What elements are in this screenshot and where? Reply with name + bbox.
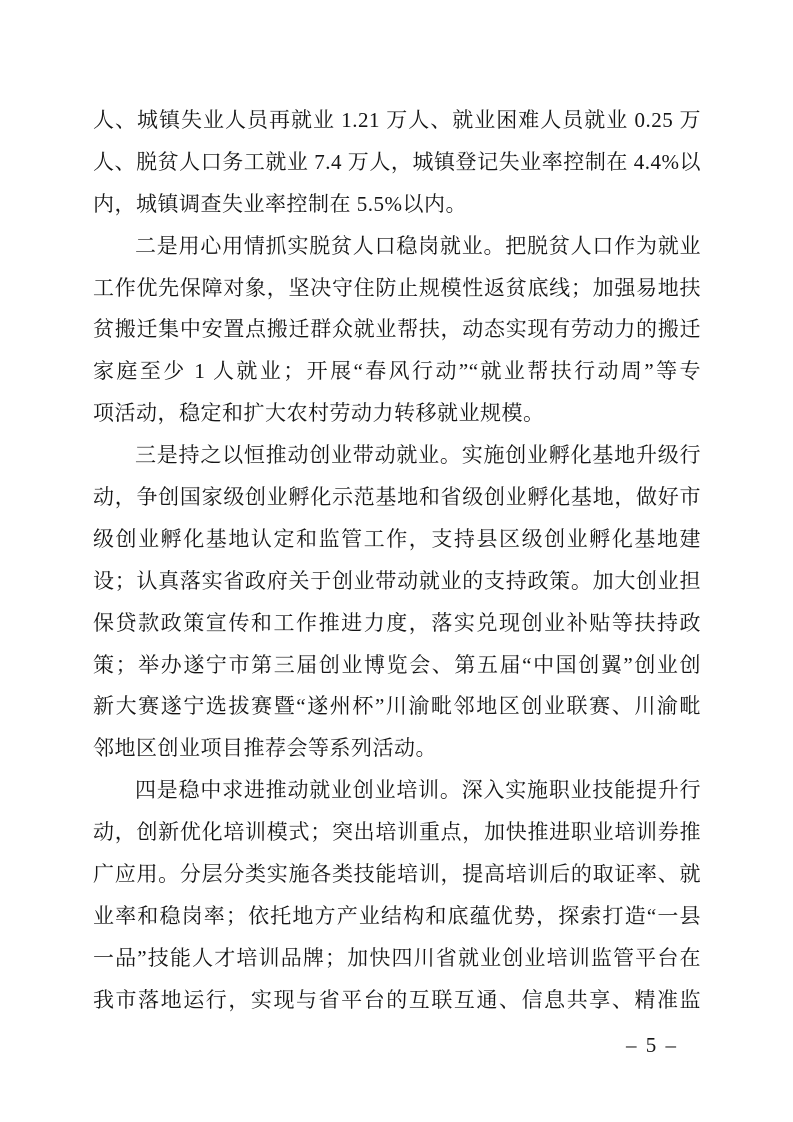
text-line: 保贷款政策宣传和工作推进力度，落实兑现创业补贴等扶持政: [93, 603, 701, 645]
text-line: 我市落地运行，实现与省平台的互联互通、信息共享、精准监: [93, 980, 701, 1022]
text-line: 家庭至少 1 人就业；开展“春风行动”“就业帮扶行动周”等专: [93, 351, 701, 393]
text-line: 广应用。分层分类实施各类技能培训，提高培训后的取证率、就: [93, 854, 701, 896]
text-line: 邻地区创业项目推荐会等系列活动。: [93, 728, 701, 770]
text-line: 动，争创国家级创业孵化示范基地和省级创业孵化基地，做好市: [93, 477, 701, 519]
text-line: 级创业孵化基地认定和监管工作，支持县区级创业孵化基地建: [93, 519, 701, 561]
document-page: 人、城镇失业人员再就业 1.21 万人、就业困难人员就业 0.25 万 人、脱贫…: [0, 0, 793, 1122]
text-line: 内，城镇调查失业率控制在 5.5%以内。: [93, 184, 701, 226]
text-line: 业率和稳岗率；依托地方产业结构和底蕴优势，探索打造“一县: [93, 896, 701, 938]
text-line paragraph-start: 四是稳中求进推动就业创业培训。深入实施职业技能提升行: [93, 770, 701, 812]
text-line: 工作优先保障对象，坚决守住防止规模性返贫底线；加强易地扶: [93, 268, 701, 310]
text-line: 一品”技能人才培训品牌；加快四川省就业创业培训监管平台在: [93, 938, 701, 980]
text-line: 人、脱贫人口务工就业 7.4 万人，城镇登记失业率控制在 4.4%以: [93, 142, 701, 184]
text-line paragraph-start: 三是持之以恒推动创业带动就业。实施创业孵化基地升级行: [93, 435, 701, 477]
text-line: 动，创新优化培训模式；突出培训重点，加快推进职业培训券推: [93, 812, 701, 854]
text-line: 新大赛遂宁选拔赛暨“遂州杯”川渝毗邻地区创业联赛、川渝毗: [93, 686, 701, 728]
text-line paragraph-start: 二是用心用情抓实脱贫人口稳岗就业。把脱贫人口作为就业: [93, 226, 701, 268]
text-line: 贫搬迁集中安置点搬迁群众就业帮扶，动态实现有劳动力的搬迁: [93, 309, 701, 351]
text-line: 策；举办遂宁市第三届创业博览会、第五届“中国创翼”创业创: [93, 645, 701, 687]
document-body: 人、城镇失业人员再就业 1.21 万人、就业困难人员就业 0.25 万 人、脱贫…: [93, 100, 701, 1022]
text-line: 项活动，稳定和扩大农村劳动力转移就业规模。: [93, 393, 701, 435]
text-line: 人、城镇失业人员再就业 1.21 万人、就业困难人员就业 0.25 万: [93, 100, 701, 142]
text-line: 设；认真落实省政府关于创业带动就业的支持政策。加大创业担: [93, 561, 701, 603]
page-number: – 5 –: [626, 1030, 678, 1060]
